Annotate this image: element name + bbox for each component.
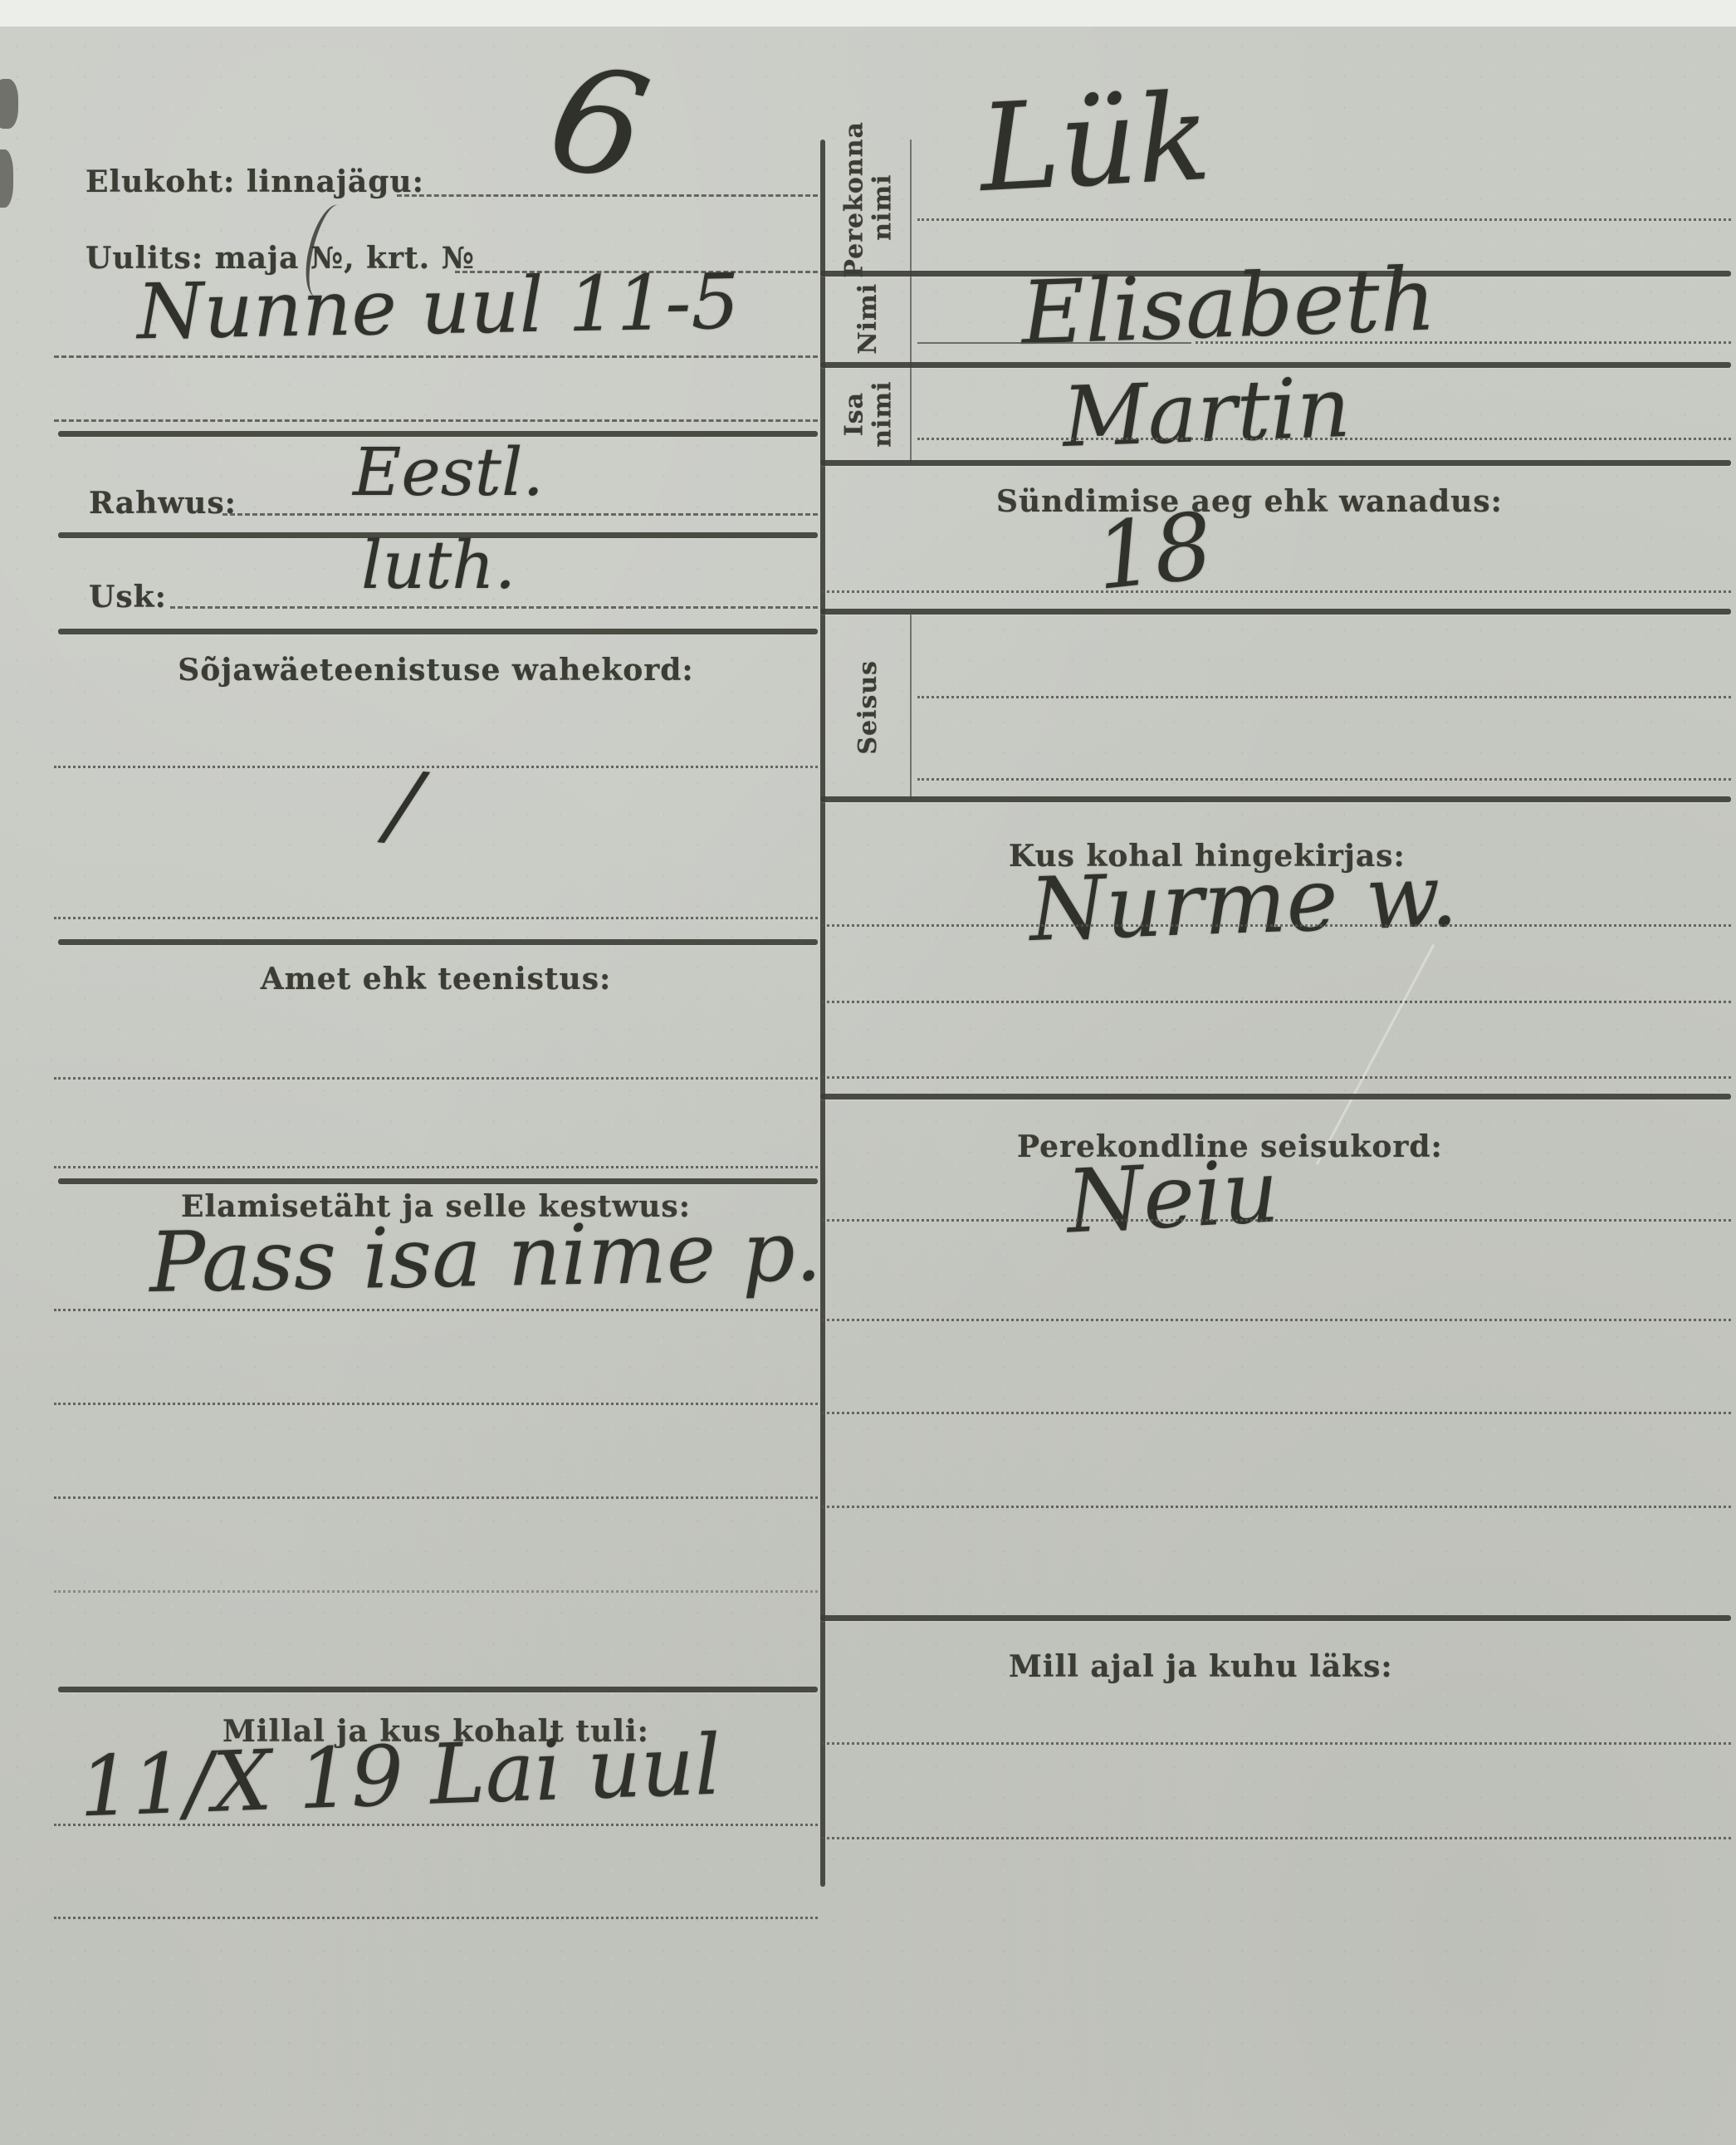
writing-line xyxy=(822,1506,1731,1508)
religion-entry: luth. xyxy=(361,526,516,604)
writing-line xyxy=(917,342,1191,344)
residence-permit-entry: Pass isa nime p. xyxy=(149,1202,822,1311)
section-rule xyxy=(58,629,818,634)
column-divider xyxy=(820,140,825,1887)
label-cell-separator xyxy=(910,615,912,800)
writing-line xyxy=(54,1077,818,1080)
writing-line xyxy=(917,696,1731,698)
writing-line xyxy=(822,1076,1731,1079)
writing-line xyxy=(54,1166,818,1168)
writing-line xyxy=(917,438,1731,440)
surname-label: Perekonna nimi xyxy=(840,137,896,278)
writing-line xyxy=(54,1309,818,1311)
writing-line xyxy=(54,766,818,768)
religion-label: Usk: xyxy=(89,580,167,615)
writing-line xyxy=(917,778,1731,781)
writing-line xyxy=(54,1917,818,1919)
residence-label: Elukoht: linnajägu: xyxy=(86,164,424,199)
status-label: Seisus xyxy=(854,660,883,755)
writing-line xyxy=(1196,341,1731,344)
writing-line xyxy=(54,1824,818,1826)
writing-line xyxy=(54,1403,818,1405)
family-status-entry: Neiu xyxy=(1064,1140,1281,1252)
writing-line xyxy=(917,218,1731,221)
section-rule xyxy=(58,939,818,945)
paper-damage-chip xyxy=(0,79,18,129)
status-label-cell: Seisus xyxy=(827,616,910,799)
section-rule xyxy=(820,796,1731,802)
writing-line xyxy=(54,355,818,358)
writing-line xyxy=(822,1837,1731,1839)
writing-line xyxy=(822,1319,1731,1321)
registration-card-scan: 6 Elukoht: linnajägu: Uulits: maja №, kr… xyxy=(0,0,1736,2145)
nationality-entry: Eestl. xyxy=(353,433,544,511)
writing-line xyxy=(397,194,818,197)
writing-line xyxy=(54,419,818,422)
surname-label-cell: Perekonna nimi xyxy=(827,143,910,272)
label-cell-separator xyxy=(910,140,912,463)
scan-edge-top xyxy=(0,0,1736,27)
writing-line xyxy=(54,917,818,919)
first-name-label: Nimi xyxy=(854,283,883,355)
registry-entry: Nurme w. xyxy=(1028,845,1460,961)
section-rule xyxy=(820,460,1731,466)
writing-line xyxy=(54,1590,818,1593)
street-entry: Nunne uul 11-5 xyxy=(136,257,741,357)
first-name-label-cell: Nimi xyxy=(827,277,910,360)
first-name-entry: Elisabeth xyxy=(1020,248,1437,364)
occupation-label: Amet ehk teenistus: xyxy=(54,962,818,997)
writing-line xyxy=(54,1496,818,1499)
writing-line xyxy=(822,1219,1731,1222)
paper-damage-chip xyxy=(0,149,13,208)
section-rule xyxy=(820,1094,1731,1099)
father-name-entry: Martin xyxy=(1061,359,1352,466)
father-name-label-cell: Isa nimi xyxy=(827,369,910,460)
military-label: Sõjawäeteenistuse wahekord: xyxy=(54,653,818,688)
district-number-entry: 6 xyxy=(535,32,661,217)
departure-label: Mill ajal ja kuhu läks: xyxy=(1009,1649,1393,1684)
writing-line xyxy=(822,1001,1731,1003)
writing-line xyxy=(822,1412,1731,1414)
father-name-label: Isa nimi xyxy=(840,373,896,456)
writing-line xyxy=(822,590,1731,593)
writing-line xyxy=(822,1742,1731,1745)
section-rule xyxy=(820,609,1731,615)
section-rule xyxy=(58,1178,818,1184)
section-rule xyxy=(58,1687,818,1692)
surname-entry: Lük xyxy=(976,67,1214,219)
birth-label: Sündimise aeg ehk wanadus: xyxy=(996,484,1503,519)
writing-line xyxy=(170,606,818,609)
writing-line xyxy=(223,513,818,516)
writing-line xyxy=(822,924,1731,927)
nationality-label: Rahwus: xyxy=(89,486,237,521)
section-rule xyxy=(820,1615,1731,1621)
